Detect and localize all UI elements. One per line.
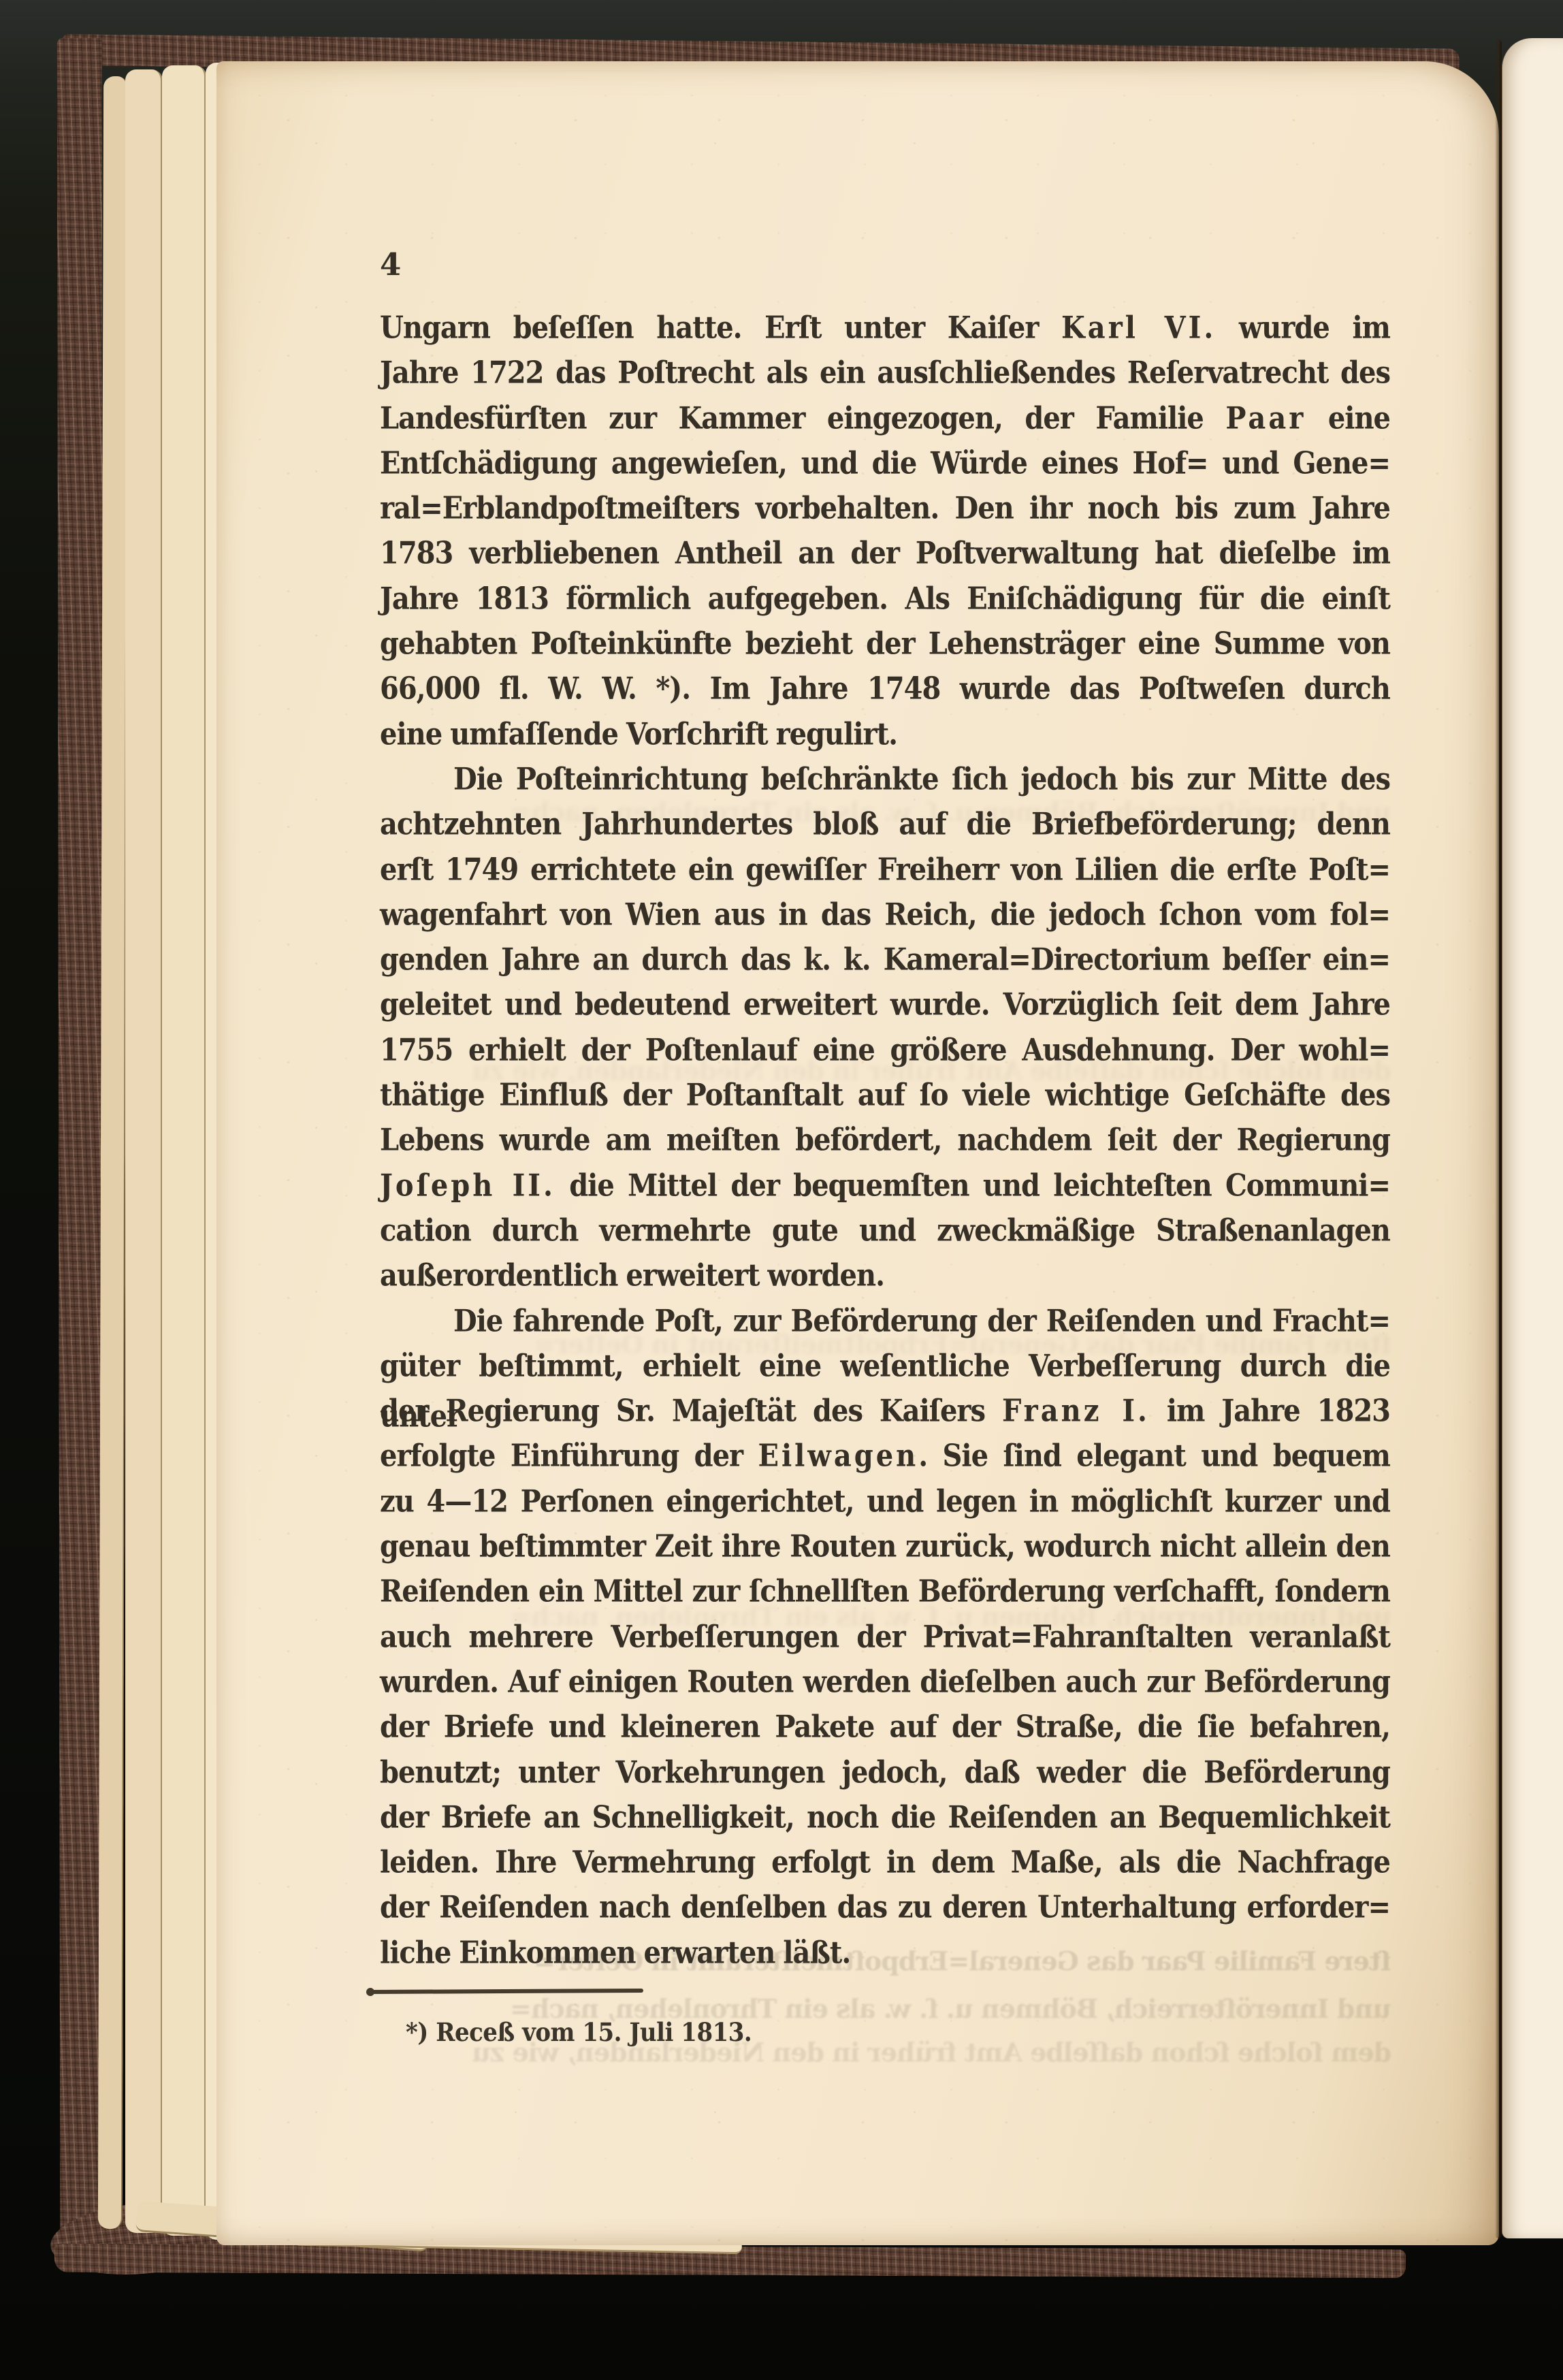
text-line: cation durch vermehrte gute und zweckmäß… (380, 1206, 1390, 1256)
text-line: Entſchädigung angewieſen, und die Würde … (380, 438, 1390, 489)
text-line: der Regierung Sr. Majeſtät des Kaiſers F… (380, 1386, 1390, 1436)
text-line: zu 4—12 Perſonen eingerichtet, und legen… (380, 1477, 1390, 1527)
show-through-text: ſtere Familie Paar das General=Erbpoſtme… (534, 1946, 1391, 1976)
text-line: Lebens wurde am meiſten befördert, nachd… (380, 1116, 1390, 1166)
show-through-text: ſtere Familie Paar das General=Erbpoſtme… (534, 1329, 1391, 1360)
text-line: der Briefe an Schnelligkeit, noch die Re… (380, 1792, 1390, 1843)
emphasized-name: Joſeph II. (380, 1168, 555, 1204)
text-line: gehabten Poſteinkünfte bezieht der Lehen… (380, 619, 1390, 669)
next-page-edge (1502, 38, 1563, 2238)
text-line: genden Jahre an durch das k. k. Kameral=… (380, 935, 1390, 985)
text-line: leiden. Ihre Vermehrung erfolgt in dem M… (380, 1837, 1390, 1888)
emphasized-name: Karl VI. (1061, 310, 1216, 346)
text-line: eine umfaſſende Vorſchrift regulirt. (380, 709, 1390, 760)
text-line: genau beſtimmter Zeit ihre Routen zurück… (380, 1522, 1390, 1572)
text-line: Landesfürſten zur Kammer eingezogen, der… (380, 393, 1390, 444)
text-line: erfolgte Einführung der Eilwagen. Sie ſi… (380, 1432, 1390, 1482)
book-cover-spine-edge (57, 38, 106, 2266)
footnote-text: *) Receß vom 15. Juli 1813. (406, 2018, 752, 2048)
page-stack-edge (162, 65, 206, 2236)
page-stack-edge (98, 76, 128, 2229)
text-line: Ungarn beſeſſen hatte. Erſt unter Kaiſer… (380, 303, 1390, 353)
text-line: der Reiſenden nach denſelben das zu dere… (380, 1883, 1390, 1933)
emphasized-name: Paar (1225, 400, 1306, 436)
page-stack-edge (125, 69, 163, 2233)
emphasized-name: Franz I. (1002, 1393, 1150, 1429)
text-line: wagenfahrt von Wien aus in das Reich, di… (380, 890, 1390, 940)
text-line: erſt 1749 errichtete ein gewiſſer Freihe… (380, 845, 1390, 895)
page-number: 4 (380, 246, 401, 283)
scanned-book-photo: 4 Ungarn beſeſſen hatte. Erſt unter Kaiſ… (0, 0, 1563, 2380)
text-line: benutzt; unter Vorkehrungen jedoch, daß … (380, 1748, 1390, 1798)
text-block: Ungarn beſeſſen hatte. Erſt unter Kaiſer… (380, 306, 1390, 1976)
emphasized-name: Eilwagen (758, 1438, 919, 1475)
text-line: Joſeph II. die Mittel der bequemſten und… (380, 1161, 1390, 1211)
text-line: wurden. Auf einigen Routen werden dieſel… (380, 1657, 1390, 1707)
text-line: Jahre 1813 förmlich aufgegeben. Als Eniſ… (380, 574, 1390, 624)
text-line: geleitet und bedeutend erweitert wurde. … (380, 980, 1390, 1031)
show-through-text: und Inneröſterreich, Böhmen u. ſ. w. als… (511, 1601, 1391, 1632)
gutter-shadow (1495, 39, 1502, 2238)
text-line: außerordentlich erweitert worden. (380, 1251, 1390, 1301)
text-line: 1783 verbliebenen Antheil an der Poſtver… (380, 529, 1390, 579)
text-line: Jahre 1722 das Poſtrecht als ein ausſchl… (380, 349, 1390, 399)
text-line: der Briefe und kleineren Pakete auf der … (380, 1702, 1390, 1752)
text-line: ral=Erblandpoſtmeiſters vorbehalten. Den… (380, 483, 1390, 534)
text-line: 66,000 fl. W. W. *). Im Jahre 1748 wurde… (380, 664, 1390, 715)
show-through-text: dem ſolche ſchon daſſelbe Amt früher in … (472, 1055, 1391, 1086)
current-page: 4 Ungarn beſeſſen hatte. Erſt unter Kaiſ… (216, 61, 1499, 2245)
show-through-text: und Inneröſterreich, Böhmen u. ſ. w. als… (511, 797, 1391, 827)
